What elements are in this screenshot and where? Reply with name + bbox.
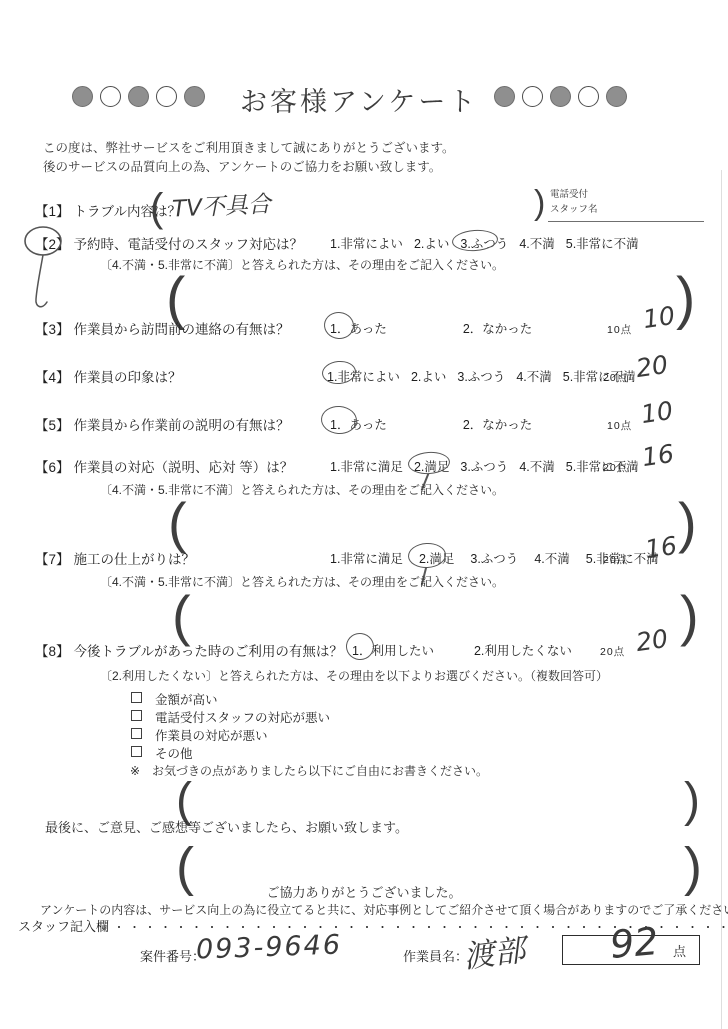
q2-reason-bracket-open: ( (166, 276, 185, 322)
q2-handwritten-circle-arrow-mark (20, 226, 66, 316)
q6-option-3: 3.ふつう (460, 460, 508, 474)
q4-option-4: 4.不満 (516, 370, 551, 384)
q2-note: 〔4.不満・5.非常に不満〕と答えられた方は、その理由をご記入ください。 (100, 256, 504, 273)
q1-handwritten-answer: TV不具合 (171, 185, 271, 223)
q2-option-4: 4.不満 (519, 237, 554, 251)
deco-circle-filled (72, 86, 93, 107)
q6-number: 【6】 (35, 460, 70, 475)
q2-label: 【2】予約時、電話受付のスタッフ対応は？ (35, 233, 303, 253)
deco-circles-left (68, 86, 208, 107)
q6-handwritten-score: 16 (640, 439, 676, 472)
q8-handwritten-score: 20 (634, 624, 670, 657)
q7-points-label: 20点 (603, 552, 628, 567)
q3-points-label: 10点 (607, 322, 632, 337)
q8-free-bracket-close: ) (684, 782, 700, 820)
q6-reason-bracket-close: ) (678, 501, 697, 546)
q6-text: 作業員の対応（説明、応対 等）は？ (74, 460, 294, 475)
deco-circle-filled (606, 86, 627, 107)
q8-checkbox-worker-label: 作業員の対応が悪い (155, 726, 268, 744)
q7-text: 施工の仕上がりは？ (74, 552, 196, 567)
q3-handwritten-score: 10 (641, 301, 677, 334)
q5-points-label: 10点 (607, 418, 632, 433)
q8-checkbox-price-label: 金額が高い (155, 690, 218, 708)
deco-circle-filled (128, 86, 149, 107)
q7-note: 〔4.不満・5.非常に不満〕と答えられた方は、その理由をご記入ください。 (100, 573, 504, 590)
q2-option-1: 1.非常によい (330, 237, 403, 251)
page-title: お客様アンケート (240, 80, 478, 119)
deco-circle-filled (184, 86, 205, 107)
thanks-text: ご協力ありがとうございました。 (0, 882, 728, 901)
phone-reception-bracket: ) (534, 190, 545, 217)
q2-option-5: 5.非常に不満 (566, 237, 639, 251)
q8-number: 【8】 (35, 644, 70, 659)
intro-line-1: この度は、弊社サービスをご利用頂きまして誠にありがとうございます。 (43, 139, 455, 158)
deco-circle-outline (100, 86, 121, 107)
deco-circle-filled (550, 86, 571, 107)
q2-text: 予約時、電話受付のスタッフ対応は？ (74, 237, 304, 252)
intro-line-2: 後のサービスの品質向上の為、アンケートのご協力をお願い致します。 (43, 158, 441, 177)
q6-reason-bracket-open: ( (168, 501, 187, 546)
deco-circle-filled (494, 86, 515, 107)
deco-circle-outline (522, 86, 543, 107)
q8-free-bracket-open: ( (176, 782, 192, 820)
q5-handwritten-score: 10 (639, 396, 675, 429)
q4-label: 【4】作業員の印象は？ (35, 366, 182, 386)
q8-label: 【8】今後トラブルがあった時のご利用の有無は？ (35, 640, 343, 660)
staff-name-label: スタッフ名 (550, 203, 598, 216)
deco-circles-right (490, 86, 630, 107)
q3-text: 作業員から訪問前の連絡の有無は？ (74, 322, 290, 337)
q3-option-2: 2．なかった (463, 322, 532, 336)
q4-handwritten-score: 20 (634, 350, 670, 383)
total-score-handwritten: 92 (608, 919, 660, 967)
q8-checkbox-phone-staff-label: 電話受付スタッフの対応が悪い (155, 708, 330, 726)
final-request-text: 最後に、ご意見、ご感想等ございましたら、お願い致します。 (45, 817, 408, 836)
q6-options: 1.非常に満足2.満足3.ふつう4.不満5.非常に不満 (330, 457, 650, 475)
q7-option-4: 4.不満 (534, 552, 569, 566)
q7-handwritten-score: 16 (643, 531, 679, 564)
q6-option-4: 4.不満 (519, 460, 554, 474)
q2-reason-bracket-close: ) (676, 276, 695, 322)
q4-option-2: 2.よい (411, 370, 446, 384)
q6-note: 〔4.不満・5.非常に不満〕と答えられた方は、その理由をご記入ください。 (100, 481, 504, 498)
q4-points-label: 20点 (603, 370, 628, 385)
q1-number: 【1】 (35, 204, 70, 219)
q4-option-3: 3.ふつう (457, 370, 505, 384)
q8-note: 〔2.利用したくない〕と答えられた方は、その理由を以下よりお選びください。（複数… (100, 667, 608, 684)
q1-text: トラブル内容は？ (74, 204, 181, 219)
q8-options: 1．利用したい2.利用したくない (352, 641, 583, 659)
q3-options: 1．あった2．なかった (330, 319, 543, 337)
q5-label: 【5】作業員から作業前の説明の有無は？ (35, 414, 290, 434)
q2-option-2: 2.よい (414, 237, 449, 251)
survey-form-page: お客様アンケート この度は、弊社サービスをご利用頂きまして誠にありがとうございま… (0, 0, 728, 1029)
q3-number: 【3】 (35, 322, 70, 337)
q5-option-2: 2．なかった (463, 418, 532, 432)
staff-name-underline (548, 221, 704, 222)
q8-checkbox-price (131, 692, 142, 703)
q5-number: 【5】 (35, 418, 70, 433)
q4-text: 作業員の印象は？ (74, 370, 182, 385)
score-unit-label: 点 (673, 941, 686, 960)
phone-reception-label: 電話受付 (550, 188, 588, 201)
q4-number: 【4】 (35, 370, 70, 385)
q8-checkbox-other-label: その他 (155, 744, 193, 762)
q1-answer-bracket-open: ( (150, 192, 163, 224)
q3-label: 【3】作業員から訪問前の連絡の有無は？ (35, 318, 290, 338)
q6-label: 【6】作業員の対応（説明、応対 等）は？ (35, 456, 293, 476)
q7-option-3: 3.ふつう (470, 552, 518, 566)
q8-points-label: 20点 (600, 644, 625, 659)
worker-name-label: 作業員名： (403, 946, 468, 965)
case-number-handwritten: 093-9646 (196, 929, 343, 965)
worker-name-handwritten: 渡部 (460, 924, 527, 976)
staff-entry-label: スタッフ記入欄 (18, 919, 109, 934)
q8-option-2: 2.利用したくない (474, 644, 572, 658)
q5-text: 作業員から作業前の説明の有無は？ (74, 418, 290, 433)
deco-circle-outline (156, 86, 177, 107)
q5-options: 1．あった2．なかった (330, 415, 543, 433)
q4-options: 1.非常によい2.よい3.ふつう4.不満5.非常に不満 (327, 367, 647, 385)
q6-option-1: 1.非常に満足 (330, 460, 403, 474)
q8-text: 今後トラブルがあった時のご利用の有無は？ (74, 644, 343, 659)
q8-checkbox-other (131, 746, 142, 757)
q7-reason-bracket-open: ( (172, 594, 191, 639)
q8-checkbox-worker (131, 728, 142, 739)
q7-reason-bracket-close: ) (680, 594, 699, 639)
deco-circle-outline (578, 86, 599, 107)
q8-checkbox-phone-staff (131, 710, 142, 721)
q7-number: 【7】 (35, 552, 70, 567)
q6-points-label: 20点 (603, 460, 628, 475)
q7-label: 【7】施工の仕上がりは？ (35, 548, 195, 568)
q7-option-1: 1.非常に満足 (330, 552, 403, 566)
